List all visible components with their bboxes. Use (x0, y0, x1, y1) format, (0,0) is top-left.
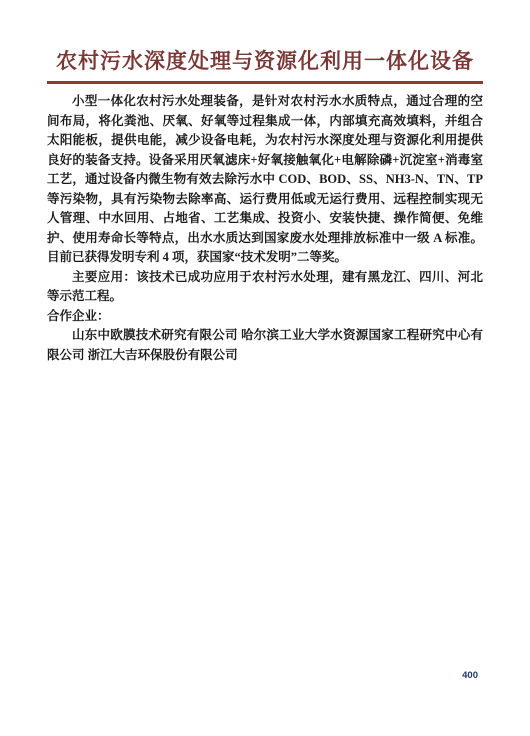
paragraph-description: 小型一体化农村污水处理装备，是针对农村污水水质特点，通过合理的空间布局，将化粪池… (47, 92, 483, 268)
paragraph-applications: 主要应用：该技术已成功应用于农村污水处理，建有黑龙江、四川、河北等示范工程。 (47, 268, 483, 307)
document-page: 农村污水深度处理与资源化利用一体化设备 小型一体化农村污水处理装备，是针对农村污… (0, 0, 530, 736)
body-text-block: 小型一体化农村污水处理装备，是针对农村污水水质特点，通过合理的空间布局，将化粪池… (47, 92, 483, 365)
page-number: 400 (462, 670, 478, 681)
paragraph-partners: 山东中欧膜技术研究有限公司 哈尔滨工业大学水资源国家工程研究中心有限公司 浙江大… (47, 326, 483, 365)
page-title: 农村污水深度处理与资源化利用一体化设备 (24, 48, 506, 75)
title-underline-rule (47, 81, 483, 84)
partners-label: 合作企业： (47, 307, 483, 327)
